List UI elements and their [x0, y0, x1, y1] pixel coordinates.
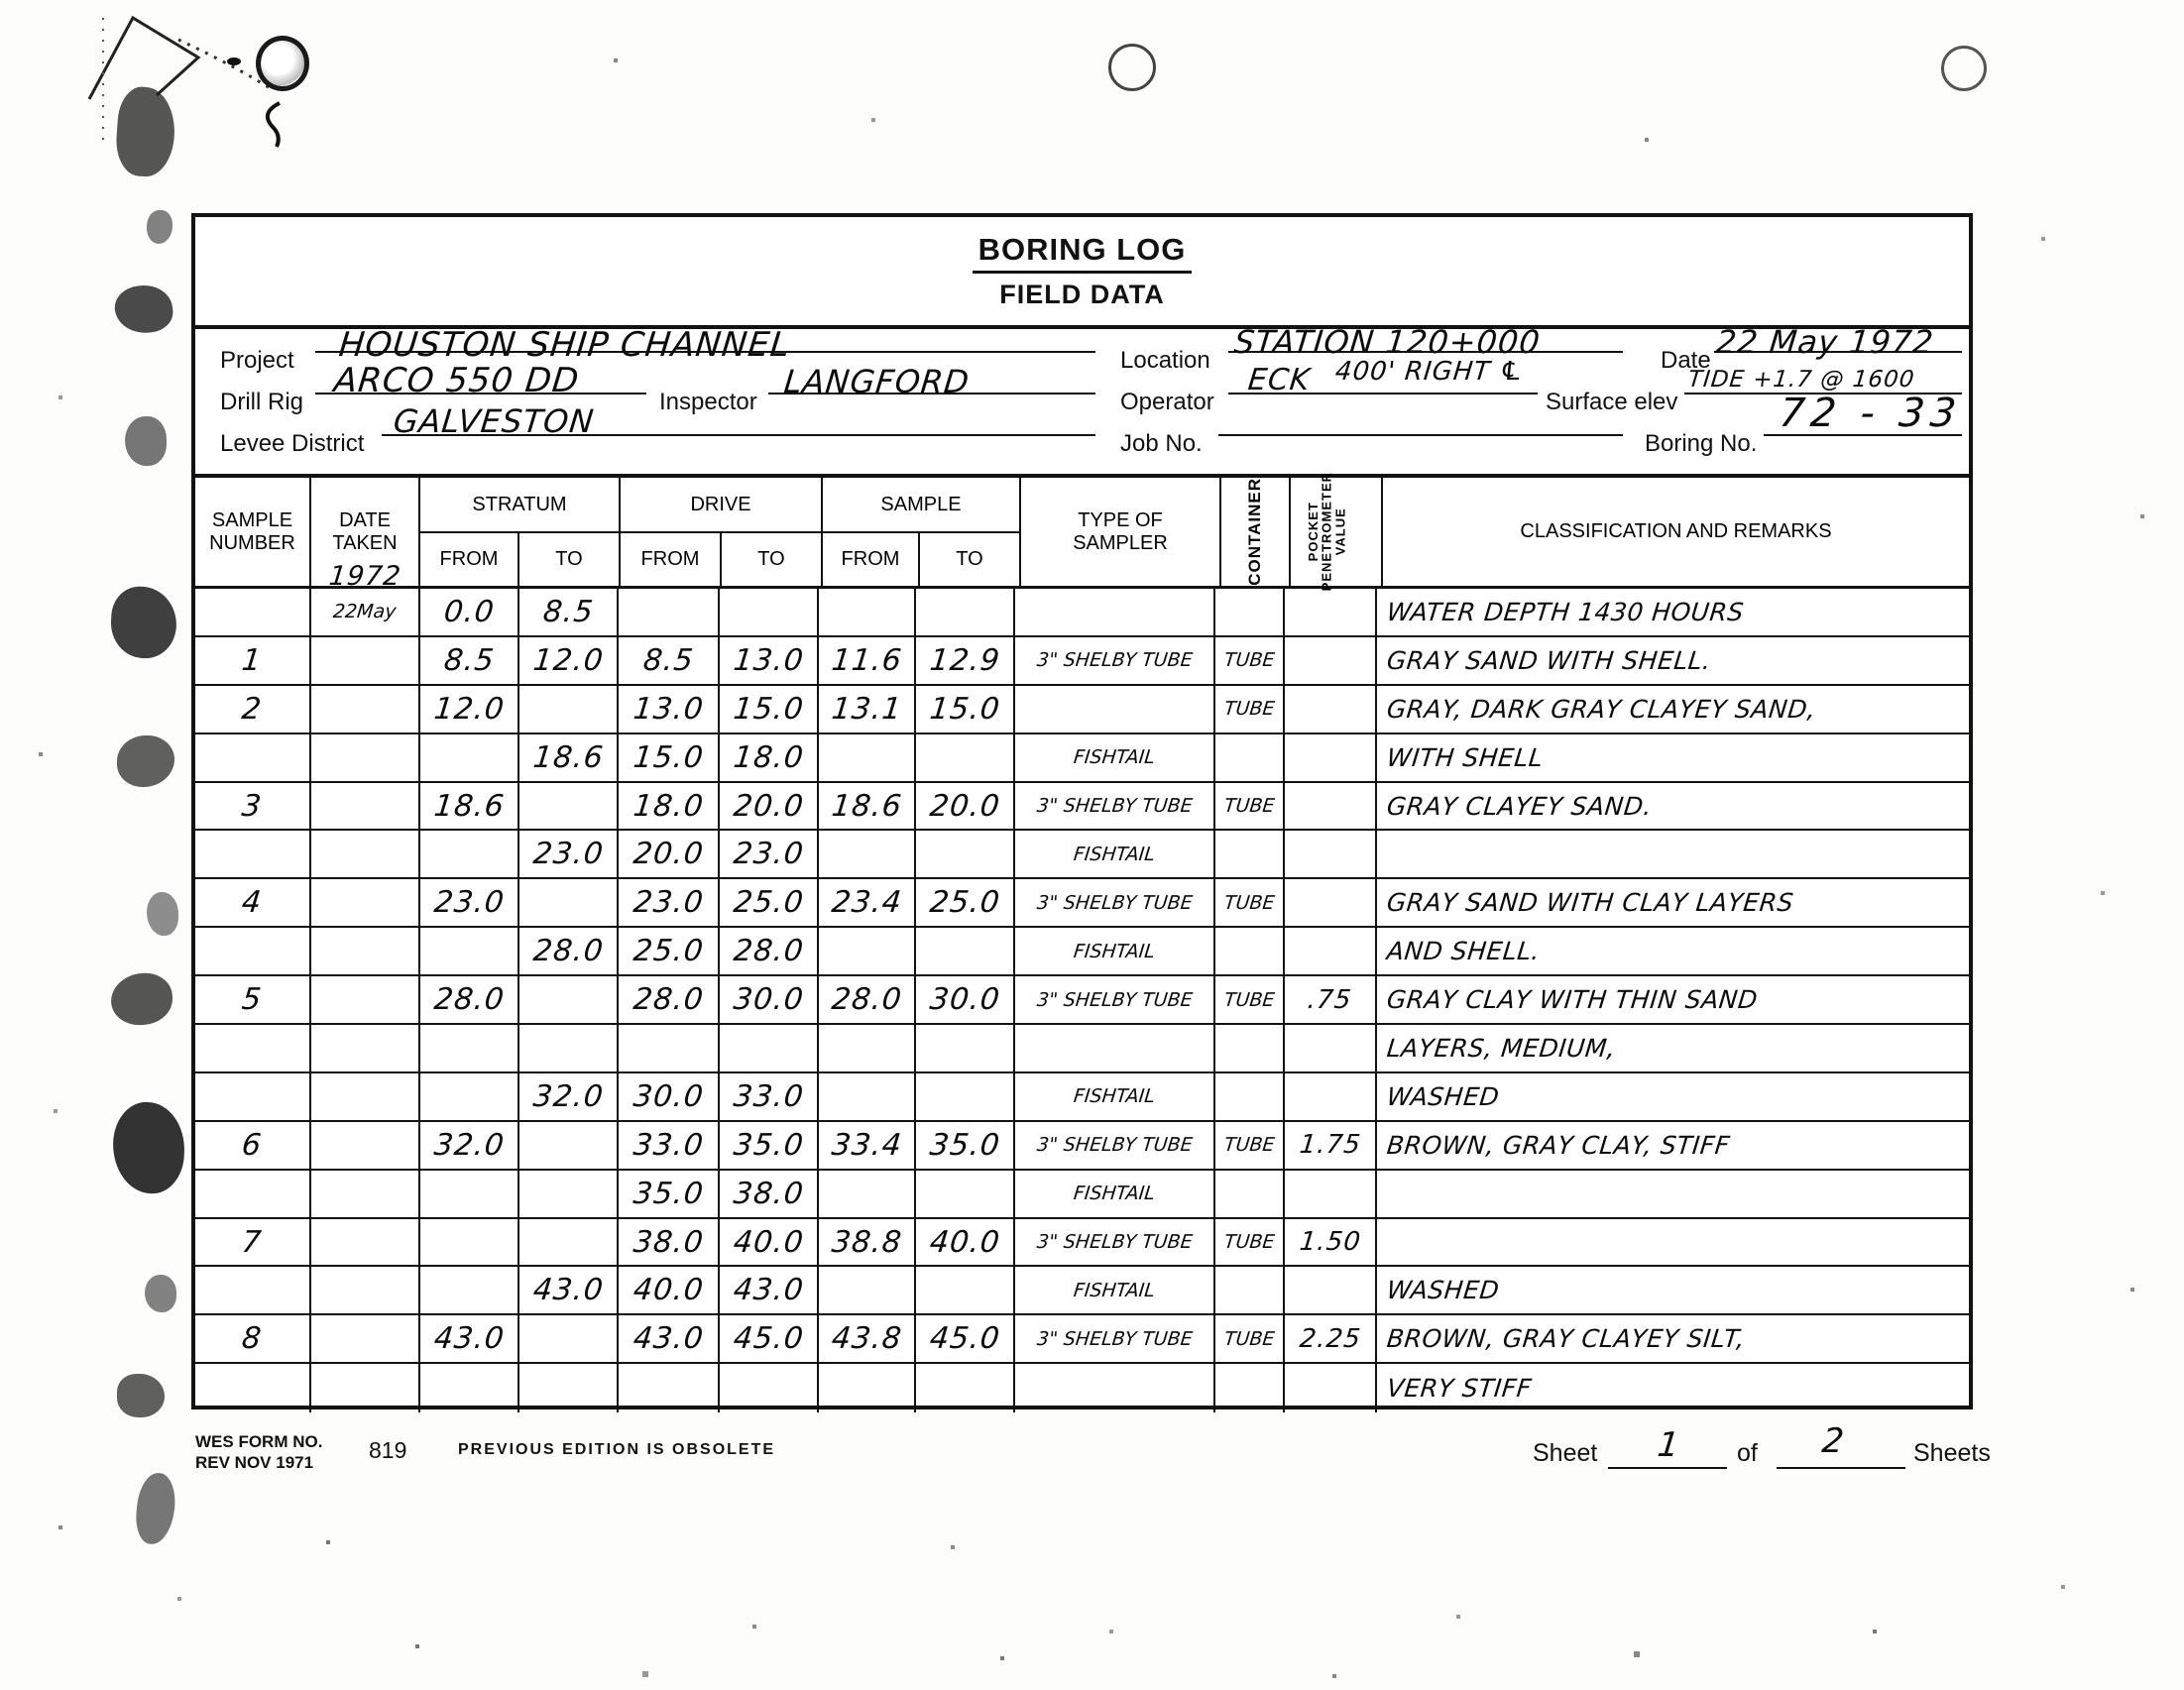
header-drive-from: FROM	[621, 533, 722, 586]
cell-date-taken	[311, 637, 420, 684]
cell-container: TUBE	[1215, 783, 1285, 830]
cell-drive-from: 30.0	[619, 1073, 720, 1120]
cell-penetrometer	[1285, 1171, 1377, 1217]
cell-date-taken	[311, 928, 420, 974]
cell-penetrometer	[1285, 831, 1377, 877]
cell-sample-to: 45.0	[916, 1315, 1015, 1362]
location-value-line2: 400' RIGHT ℄	[1333, 357, 1525, 387]
cell-sampler-type: 3" SHELBY TUBE	[1015, 1315, 1215, 1362]
cell-sample-from	[819, 1364, 916, 1412]
cell-drive-from	[619, 1025, 720, 1071]
cell-drive-to: 15.0	[720, 686, 819, 732]
cell-sampler-type: FISHTAIL	[1015, 1267, 1215, 1313]
cell-stratum-from: 0.0	[420, 589, 519, 635]
header-sample-to: TO	[920, 533, 1019, 586]
cell-sample-number: 5	[195, 976, 311, 1023]
cell-sample-number: 4	[195, 879, 311, 926]
header-drive-to: TO	[722, 533, 821, 586]
cell-sampler-type: 3" SHELBY TUBE	[1015, 879, 1215, 926]
cell-sample-to	[916, 928, 1015, 974]
cell-sampler-type: 3" SHELBY TUBE	[1015, 783, 1215, 830]
cell-stratum-from: 28.0	[420, 976, 519, 1023]
cell-penetrometer	[1285, 1364, 1377, 1412]
location-value: STATION 120+000	[1232, 323, 1543, 361]
cell-sample-number	[195, 589, 311, 635]
cell-stratum-from: 8.5	[420, 637, 519, 684]
cell-date-taken	[311, 1219, 420, 1266]
cell-penetrometer	[1285, 734, 1377, 781]
levee-district-value: GALVESTON	[392, 402, 596, 440]
cell-container: TUBE	[1215, 1315, 1285, 1362]
cell-container: TUBE	[1215, 976, 1285, 1023]
cell-sample-from	[819, 1171, 916, 1217]
cell-stratum-to	[519, 1122, 619, 1169]
cell-stratum-from	[420, 1025, 519, 1071]
cell-penetrometer: .75	[1285, 976, 1377, 1023]
cell-penetrometer: 1.50	[1285, 1219, 1377, 1266]
cell-stratum-from: 23.0	[420, 879, 519, 926]
cell-drive-to	[720, 589, 819, 635]
cell-sample-number: 3	[195, 783, 311, 830]
boring-no-value: 72 - 33	[1778, 391, 1965, 436]
cell-stratum-to: 32.0	[519, 1073, 619, 1120]
table-row: 35.038.0FISHTAIL	[195, 1171, 1969, 1219]
cell-stratum-to: 12.0	[519, 637, 619, 684]
cell-stratum-to: 23.0	[519, 831, 619, 877]
cell-date-taken	[311, 1171, 420, 1217]
cell-drive-from	[619, 589, 720, 635]
cell-sample-from	[819, 1267, 916, 1313]
cell-drive-from: 33.0	[619, 1122, 720, 1169]
cell-stratum-from	[420, 1267, 519, 1313]
page-title: BORING LOG	[973, 232, 1193, 274]
cell-drive-from	[619, 1364, 720, 1412]
cell-stratum-from: 32.0	[420, 1122, 519, 1169]
cell-date-taken	[311, 976, 420, 1023]
cell-sample-number	[195, 734, 311, 781]
sheet-label: Sheet	[1533, 1439, 1597, 1468]
cell-sampler-type: FISHTAIL	[1015, 734, 1215, 781]
table-row: 18.615.018.0FISHTAILWITH SHELL	[195, 734, 1969, 783]
page-subtitle: FIELD DATA	[999, 280, 1164, 310]
cell-sample-to: 35.0	[916, 1122, 1015, 1169]
cell-drive-to: 45.0	[720, 1315, 819, 1362]
cell-drive-from: 20.0	[619, 831, 720, 877]
header-container: CONTAINER	[1221, 478, 1291, 586]
cell-penetrometer	[1285, 1025, 1377, 1071]
cell-date-taken: 22May	[311, 589, 420, 635]
info-section: Project HOUSTON SHIP CHANNEL Location ST…	[195, 329, 1969, 478]
cell-sampler-type: 3" SHELBY TUBE	[1015, 1219, 1215, 1266]
cell-stratum-from	[420, 1073, 519, 1120]
cell-sample-from: 23.4	[819, 879, 916, 926]
cell-stratum-to	[519, 879, 619, 926]
cell-penetrometer	[1285, 637, 1377, 684]
cell-classification	[1377, 1171, 1969, 1217]
cell-stratum-to: 18.6	[519, 734, 619, 781]
job-no-line	[1218, 434, 1623, 436]
cell-sample-to	[916, 589, 1015, 635]
total-sheets-line	[1777, 1467, 1905, 1469]
cell-container	[1215, 1025, 1285, 1071]
sheet-number: 1	[1656, 1425, 1682, 1465]
cell-sample-number: 8	[195, 1315, 311, 1362]
cell-drive-to	[720, 1025, 819, 1071]
cell-sample-number: 1	[195, 637, 311, 684]
surface-elev-value: TIDE +1.7 @ 1600	[1687, 367, 1916, 393]
table-row: LAYERS, MEDIUM,	[195, 1025, 1969, 1073]
cell-drive-to: 23.0	[720, 831, 819, 877]
cell-container: TUBE	[1215, 686, 1285, 732]
cell-date-taken	[311, 1073, 420, 1120]
cell-penetrometer	[1285, 879, 1377, 926]
cell-drive-to: 38.0	[720, 1171, 819, 1217]
cell-drive-from: 40.0	[619, 1267, 720, 1313]
table-body: 22May0.08.5WATER DEPTH 1430 HOURS18.512.…	[195, 589, 1969, 1412]
boring-log-form: BORING LOG FIELD DATA Project HOUSTON SH…	[191, 213, 1973, 1409]
operator-value: ECK	[1246, 363, 1312, 397]
drill-rig-value: ARCO 550 DD	[332, 361, 581, 400]
cell-sample-to: 30.0	[916, 976, 1015, 1023]
cell-sampler-type	[1015, 686, 1215, 732]
cell-sample-from: 28.0	[819, 976, 916, 1023]
table-row: 528.028.030.028.030.03" SHELBY TUBETUBE.…	[195, 976, 1969, 1025]
cell-container	[1215, 1073, 1285, 1120]
cell-drive-to	[720, 1364, 819, 1412]
cell-stratum-from	[420, 1219, 519, 1266]
header-sample: SAMPLE	[823, 478, 1019, 533]
cell-date-taken	[311, 879, 420, 926]
inspector-value: LANGFORD	[782, 363, 972, 400]
cell-container: TUBE	[1215, 637, 1285, 684]
cell-penetrometer	[1285, 1267, 1377, 1313]
cell-drive-to: 20.0	[720, 783, 819, 830]
table-row: 43.040.043.0FISHTAILWASHED	[195, 1267, 1969, 1315]
cell-date-taken	[311, 734, 420, 781]
cell-sample-number	[195, 1364, 311, 1412]
cell-sample-from: 33.4	[819, 1122, 916, 1169]
cell-stratum-from	[420, 734, 519, 781]
cell-classification: GRAY SAND WITH SHELL.	[1377, 637, 1969, 684]
sheet-number-line	[1608, 1467, 1727, 1469]
cell-penetrometer	[1285, 1073, 1377, 1120]
cell-sample-from	[819, 1073, 916, 1120]
cell-drive-to: 35.0	[720, 1122, 819, 1169]
cell-classification	[1377, 1219, 1969, 1266]
cell-container	[1215, 831, 1285, 877]
cell-sample-number	[195, 831, 311, 877]
cell-classification: GRAY, DARK GRAY CLAYEY SAND,	[1377, 686, 1969, 732]
cell-container	[1215, 1267, 1285, 1313]
cell-penetrometer: 1.75	[1285, 1122, 1377, 1169]
cell-drive-to: 18.0	[720, 734, 819, 781]
header-date-taken: DATE TAKEN 1972	[311, 478, 420, 586]
cell-sampler-type: FISHTAIL	[1015, 1171, 1215, 1217]
cell-sample-number	[195, 928, 311, 974]
cell-drive-to: 30.0	[720, 976, 819, 1023]
cell-date-taken	[311, 1364, 420, 1412]
cell-drive-from: 8.5	[619, 637, 720, 684]
cell-stratum-from	[420, 1171, 519, 1217]
cell-container	[1215, 1171, 1285, 1217]
header-date-taken-label: DATE TAKEN	[332, 509, 397, 555]
cell-sample-to	[916, 1267, 1015, 1313]
cell-sample-from: 13.1	[819, 686, 916, 732]
cell-drive-to: 33.0	[720, 1073, 819, 1120]
table-row: 28.025.028.0FISHTAILAND SHELL.	[195, 928, 1969, 976]
cell-stratum-from	[420, 928, 519, 974]
table-row: 22May0.08.5WATER DEPTH 1430 HOURS	[195, 589, 1969, 637]
cell-sample-to	[916, 1364, 1015, 1412]
cell-stratum-to	[519, 1025, 619, 1071]
cell-sample-from: 43.8	[819, 1315, 916, 1362]
cell-stratum-from	[420, 1364, 519, 1412]
cell-classification: BROWN, GRAY CLAY, STIFF	[1377, 1122, 1969, 1169]
cell-drive-to: 28.0	[720, 928, 819, 974]
table-row: 18.512.08.513.011.612.93" SHELBY TUBETUB…	[195, 637, 1969, 686]
cell-classification: BROWN, GRAY CLAYEY SILT,	[1377, 1315, 1969, 1362]
cell-container: TUBE	[1215, 879, 1285, 926]
table-row: 23.020.023.0FISHTAIL	[195, 831, 1969, 879]
project-value: HOUSTON SHIP CHANNEL	[337, 325, 792, 365]
cell-drive-from: 18.0	[619, 783, 720, 830]
cell-sample-from: 18.6	[819, 783, 916, 830]
cell-container	[1215, 734, 1285, 781]
cell-sample-to	[916, 831, 1015, 877]
cell-sample-to: 20.0	[916, 783, 1015, 830]
punch-hole-middle	[1108, 44, 1156, 91]
header-pocket-penetrometer: POCKET PENETROMETER VALUE	[1291, 478, 1383, 586]
cell-drive-to: 13.0	[720, 637, 819, 684]
cell-sampler-type: FISHTAIL	[1015, 1073, 1215, 1120]
cell-stratum-to	[519, 783, 619, 830]
cell-sample-number	[195, 1171, 311, 1217]
cell-drive-from: 35.0	[619, 1171, 720, 1217]
header-classification: CLASSIFICATION AND REMARKS	[1383, 478, 1969, 586]
cell-sample-to: 25.0	[916, 879, 1015, 926]
header-drive: DRIVE	[621, 478, 821, 533]
header-stratum-from: FROM	[420, 533, 519, 586]
table-row: VERY STIFF	[195, 1364, 1969, 1412]
scanned-boring-log-page: { "title": { "main": "BORING LOG", "sub"…	[0, 0, 2184, 1690]
cell-penetrometer	[1285, 686, 1377, 732]
cell-sampler-type: 3" SHELBY TUBE	[1015, 1122, 1215, 1169]
cell-sample-from	[819, 1025, 916, 1071]
cell-sampler-type: 3" SHELBY TUBE	[1015, 976, 1215, 1023]
header-sample-from: FROM	[823, 533, 920, 586]
header-sample-number: SAMPLE NUMBER	[195, 478, 311, 586]
boring-no-label: Boring No.	[1645, 430, 1757, 458]
scan-noise-dots	[0, 0, 2, 2]
cell-sample-number	[195, 1025, 311, 1071]
cell-sample-from	[819, 831, 916, 877]
cell-sample-from	[819, 589, 916, 635]
header-container-label: CONTAINER	[1246, 478, 1264, 586]
cell-date-taken	[311, 686, 420, 732]
total-sheets: 2	[1820, 1421, 1847, 1461]
header-stratum: STRATUM	[420, 478, 619, 533]
cell-date-taken	[311, 783, 420, 830]
cell-sampler-type: FISHTAIL	[1015, 928, 1215, 974]
cell-sampler-type: 3" SHELBY TUBE	[1015, 637, 1215, 684]
cell-stratum-to	[519, 686, 619, 732]
inspector-label: Inspector	[659, 389, 757, 416]
cell-sample-to	[916, 734, 1015, 781]
header-pocket-penetrometer-label: POCKET PENETROMETER VALUE	[1307, 472, 1366, 591]
table-header: SAMPLE NUMBER DATE TAKEN 1972 STRATUM FR…	[195, 478, 1969, 589]
cell-sample-number: 7	[195, 1219, 311, 1266]
cell-drive-from: 15.0	[619, 734, 720, 781]
header-sample-group: SAMPLE FROM TO	[823, 478, 1021, 586]
punch-hole-left	[256, 36, 309, 91]
cell-sample-to	[916, 1171, 1015, 1217]
cell-penetrometer	[1285, 783, 1377, 830]
cell-sample-from: 11.6	[819, 637, 916, 684]
cell-stratum-from: 12.0	[420, 686, 519, 732]
date-value: 22 May 1972	[1714, 323, 1936, 361]
cell-drive-from: 23.0	[619, 879, 720, 926]
of-label: of	[1737, 1439, 1758, 1468]
cell-sample-number	[195, 1073, 311, 1120]
cell-stratum-to	[519, 1315, 619, 1362]
job-no-label: Job No.	[1120, 430, 1203, 458]
cell-date-taken	[311, 1122, 420, 1169]
levee-district-label: Levee District	[220, 430, 364, 458]
cell-sample-to	[916, 1025, 1015, 1071]
cell-classification	[1377, 831, 1969, 877]
cell-stratum-to: 28.0	[519, 928, 619, 974]
cell-penetrometer: 2.25	[1285, 1315, 1377, 1362]
cell-sample-to: 15.0	[916, 686, 1015, 732]
cell-container	[1215, 928, 1285, 974]
header-drive-group: DRIVE FROM TO	[621, 478, 823, 586]
operator-label: Operator	[1120, 389, 1214, 416]
cell-sample-from	[819, 734, 916, 781]
table-row: 632.033.035.033.435.03" SHELBY TUBETUBE1…	[195, 1122, 1969, 1171]
form-number: 819	[369, 1437, 406, 1464]
cell-stratum-to	[519, 1171, 619, 1217]
cell-stratum-from: 43.0	[420, 1315, 519, 1362]
cell-drive-from: 25.0	[619, 928, 720, 974]
table-row: 738.040.038.840.03" SHELBY TUBETUBE1.50	[195, 1219, 1969, 1268]
cell-drive-from: 38.0	[619, 1219, 720, 1266]
table-row: 212.013.015.013.115.0TUBEGRAY, DARK GRAY…	[195, 686, 1969, 734]
header-stratum-group: STRATUM FROM TO	[420, 478, 621, 586]
header-date-taken-year: 1972	[327, 561, 402, 592]
cell-penetrometer	[1285, 928, 1377, 974]
cell-drive-to: 43.0	[720, 1267, 819, 1313]
cell-container: TUBE	[1215, 1219, 1285, 1266]
cell-sample-to: 40.0	[916, 1219, 1015, 1266]
header-type-of-sampler-label: TYPE OF SAMPLER	[1056, 509, 1185, 555]
obsolete-note: PREVIOUS EDITION IS OBSOLETE	[458, 1441, 775, 1459]
header-type-of-sampler: TYPE OF SAMPLER	[1021, 478, 1221, 586]
cell-drive-from: 28.0	[619, 976, 720, 1023]
cell-classification: WASHED	[1377, 1267, 1969, 1313]
cell-stratum-to	[519, 1364, 619, 1412]
cell-sample-from	[819, 928, 916, 974]
cell-stratum-to	[519, 1219, 619, 1266]
cell-date-taken	[311, 1025, 420, 1071]
table-row: 32.030.033.0FISHTAILWASHED	[195, 1073, 1969, 1122]
cell-sample-to: 12.9	[916, 637, 1015, 684]
cell-classification: AND SHELL.	[1377, 928, 1969, 974]
cell-container: TUBE	[1215, 1122, 1285, 1169]
cell-classification: GRAY CLAYEY SAND.	[1377, 783, 1969, 830]
cell-sample-from: 38.8	[819, 1219, 916, 1266]
cell-stratum-to	[519, 976, 619, 1023]
form-footer: WES FORM NO. REV NOV 1971 819 PREVIOUS E…	[0, 1419, 2184, 1499]
location-label: Location	[1120, 347, 1210, 375]
cell-container	[1215, 589, 1285, 635]
surface-elev-label: Surface elev	[1546, 389, 1677, 416]
cell-classification: GRAY SAND WITH CLAY LAYERS	[1377, 879, 1969, 926]
table-row: 318.618.020.018.620.03" SHELBY TUBETUBEG…	[195, 783, 1969, 832]
cell-date-taken	[311, 1315, 420, 1362]
cell-classification: GRAY CLAY WITH THIN SAND	[1377, 976, 1969, 1023]
cell-container	[1215, 1364, 1285, 1412]
form-no-line2: REV NOV 1971	[195, 1452, 322, 1473]
cell-classification: WITH SHELL	[1377, 734, 1969, 781]
table-row: 843.043.045.043.845.03" SHELBY TUBETUBE2…	[195, 1315, 1969, 1364]
table-row: 423.023.025.023.425.03" SHELBY TUBETUBEG…	[195, 879, 1969, 928]
cell-classification: WATER DEPTH 1430 HOURS	[1377, 589, 1969, 635]
cell-drive-to: 25.0	[720, 879, 819, 926]
cell-classification: WASHED	[1377, 1073, 1969, 1120]
form-no-line1: WES FORM NO.	[195, 1431, 322, 1452]
cell-sampler-type	[1015, 589, 1215, 635]
cell-drive-to: 40.0	[720, 1219, 819, 1266]
header-stratum-to: TO	[519, 533, 619, 586]
cell-stratum-from: 18.6	[420, 783, 519, 830]
cell-classification: VERY STIFF	[1377, 1364, 1969, 1412]
cell-sample-number	[195, 1267, 311, 1313]
cell-sampler-type	[1015, 1025, 1215, 1071]
cell-sampler-type	[1015, 1364, 1215, 1412]
cell-stratum-to: 8.5	[519, 589, 619, 635]
drill-rig-label: Drill Rig	[220, 389, 303, 416]
cell-penetrometer	[1285, 589, 1377, 635]
form-title-block: BORING LOG FIELD DATA	[195, 217, 1969, 329]
cell-drive-from: 43.0	[619, 1315, 720, 1362]
cell-drive-from: 13.0	[619, 686, 720, 732]
cell-stratum-to: 43.0	[519, 1267, 619, 1313]
cell-sample-to	[916, 1073, 1015, 1120]
cell-sampler-type: FISHTAIL	[1015, 831, 1215, 877]
sheets-label: Sheets	[1913, 1439, 1991, 1468]
cell-date-taken	[311, 1267, 420, 1313]
cell-sample-number: 6	[195, 1122, 311, 1169]
cell-classification: LAYERS, MEDIUM,	[1377, 1025, 1969, 1071]
cell-stratum-from	[420, 831, 519, 877]
cell-sample-number: 2	[195, 686, 311, 732]
project-label: Project	[220, 347, 294, 375]
punch-hole-right	[1941, 46, 1987, 91]
cell-date-taken	[311, 831, 420, 877]
